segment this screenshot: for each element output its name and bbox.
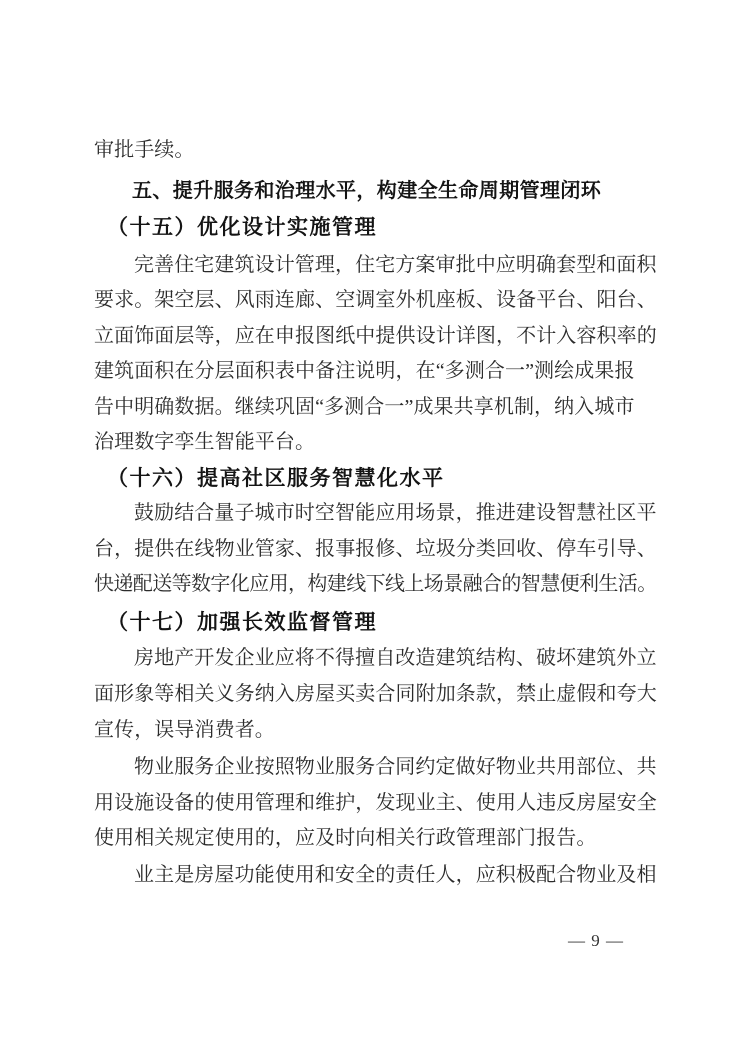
paragraph-line: 治理数字孪生智能平台。 bbox=[94, 429, 660, 455]
paragraph-line: 房地产开发企业应将不得擅自改造建筑结构、破坏建筑外立 bbox=[94, 645, 700, 671]
paragraph-line: 业主是房屋功能使用和安全的责任人，应积极配合物业及相 bbox=[94, 862, 700, 888]
paragraph-continuation-line: 审批手续。 bbox=[94, 137, 660, 163]
paragraph-line: 用设施设备的使用管理和维护，发现业主、使用人违反房屋安全 bbox=[94, 790, 660, 816]
paragraph-line: 宣传，误导消费者。 bbox=[94, 717, 660, 743]
paragraph-line: 告中明确数据。继续巩固“多测合一”成果共享机制，纳入城市 bbox=[94, 394, 660, 420]
paragraph-line: 完善住宅建筑设计管理，住宅方案审批中应明确套型和面积 bbox=[94, 252, 700, 278]
subsection-heading-15: （十五）优化设计实施管理 bbox=[94, 214, 673, 240]
page-number: — 9 — bbox=[556, 929, 636, 953]
paragraph-line: 台，提供在线物业管家、报事报修、垃圾分类回收、停车引导、 bbox=[94, 536, 660, 562]
paragraph-line: 鼓励结合量子城市时空智能应用场景，推进建设智慧社区平 bbox=[94, 500, 700, 526]
paragraph-line: 建筑面积在分层面积表中备注说明，在“多测合一”测绘成果报 bbox=[94, 358, 660, 384]
section-heading-5: 五、提升服务和治理水平，构建全生命周期管理闭环 bbox=[94, 178, 698, 204]
document-page: 审批手续。 五、提升服务和治理水平，构建全生命周期管理闭环 （十五）优化设计实施… bbox=[0, 0, 740, 1046]
subsection-heading-16: （十六）提高社区服务智慧化水平 bbox=[94, 465, 673, 491]
paragraph-line: 使用相关规定使用的，应及时向相关行政管理部门报告。 bbox=[94, 825, 660, 851]
paragraph-line: 面形象等相关义务纳入房屋买卖合同附加条款，禁止虚假和夸大 bbox=[94, 681, 660, 707]
paragraph-line: 立面饰面层等，应在申报图纸中提供设计详图，不计入容积率的 bbox=[94, 323, 660, 349]
paragraph-line: 要求。架空层、风雨连廊、空调室外机座板、设备平台、阳台、 bbox=[94, 287, 660, 313]
paragraph-line: 物业服务企业按照物业服务合同约定做好物业共用部位、共 bbox=[94, 754, 700, 780]
paragraph-line: 快递配送等数字化应用，构建线下线上场景融合的智慧便利生活。 bbox=[94, 571, 660, 597]
subsection-heading-17: （十七）加强长效监督管理 bbox=[94, 609, 673, 635]
